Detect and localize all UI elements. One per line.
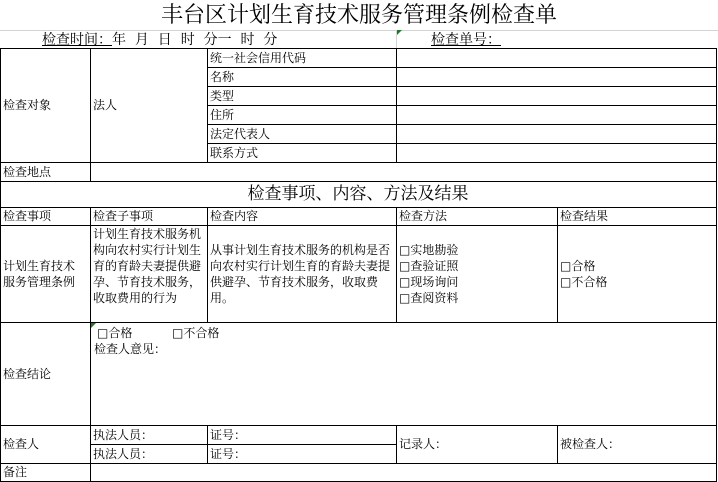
gridline xyxy=(90,444,396,445)
location-label: 检查地点 xyxy=(0,162,90,181)
time-fields[interactable]: 年 月 日 时 分一 时 分 xyxy=(112,32,277,48)
header-method: 检查方法 xyxy=(396,207,557,225)
recorder-label[interactable]: 记录人： xyxy=(396,425,557,463)
field-legal-rep-label: 法定代表人 xyxy=(207,124,396,143)
inspected-party-label[interactable]: 被检查人： xyxy=(557,425,716,463)
field-name-label: 名称 xyxy=(207,67,396,86)
inspectors-label: 检查人 xyxy=(0,425,90,463)
field-address-label: 住所 xyxy=(207,105,396,124)
conclusion-body: □合格 □不合格 检查人意见： xyxy=(90,322,716,425)
officer-1-label[interactable]: 执法人员： xyxy=(90,425,207,444)
header-item: 检查事项 xyxy=(0,207,90,225)
conclusion-label: 检查结论 xyxy=(0,322,90,425)
row-methods: □实地勘验 □查验证照 □现场询问 □查阅资料 xyxy=(396,225,557,322)
header-content: 检查内容 xyxy=(207,207,396,225)
remarks-label: 备注 xyxy=(0,463,90,481)
field-type-label: 类型 xyxy=(207,86,396,105)
field-contact-value[interactable] xyxy=(396,143,716,162)
gridline xyxy=(396,425,397,463)
gridline xyxy=(207,143,717,144)
gridline xyxy=(0,322,717,323)
cert-1-label[interactable]: 证号： xyxy=(207,425,396,444)
result-pass-checkbox[interactable]: □合格 xyxy=(560,258,607,274)
row-item-text: 计划生育技术服务管理条例 xyxy=(3,258,86,290)
inspection-object-type: 法人 xyxy=(90,48,207,162)
gridline xyxy=(207,124,717,125)
conclusion-pass-checkbox[interactable]: □合格 xyxy=(97,325,132,341)
gridline xyxy=(557,425,558,463)
gridline xyxy=(0,48,717,49)
row-content: 从事计划生育技术服务的机构是否向农村实行计划生育的育龄夫妻提供避孕、节育技术服务… xyxy=(207,225,396,322)
row-sub-item: 计划生育技术服务机构向农村实行计划生育的育龄夫妻提供避孕、节育技术服务，收取费用… xyxy=(90,225,207,322)
conclusion-fail-checkbox[interactable]: □不合格 xyxy=(172,325,219,341)
cell-comment-marker xyxy=(91,323,96,328)
gridline xyxy=(557,207,558,322)
gridline xyxy=(207,207,208,322)
gridline xyxy=(396,48,397,162)
inspector-opinion-label[interactable]: 检查人意见： xyxy=(93,341,716,357)
inspection-object-label: 检查对象 xyxy=(0,48,90,162)
gridline xyxy=(396,207,397,322)
field-name-value[interactable] xyxy=(396,67,716,86)
header-sub-item: 检查子事项 xyxy=(90,207,207,225)
document-title: 丰台区计划生育技术服务管理条例检查单 xyxy=(0,0,718,31)
row-item: 计划生育技术服务管理条例 xyxy=(0,225,90,322)
cert-2-label[interactable]: 证号： xyxy=(207,444,396,463)
row-sub-item-text: 计划生育技术服务机构向农村实行计划生育的育龄夫妻提供避孕、节育技术服务，收取费用… xyxy=(93,227,201,305)
gridline xyxy=(0,48,1,482)
row-results: □合格 □不合格 xyxy=(557,225,716,322)
cell-comment-marker xyxy=(397,30,402,35)
method-license-checkbox[interactable]: □查验证照 xyxy=(399,258,458,274)
gridline xyxy=(90,48,91,181)
row-content-text: 从事计划生育技术服务的机构是否向农村实行计划生育的育龄夫妻提供避孕、节育技术服务… xyxy=(210,242,392,306)
field-credit-code-label: 统一社会信用代码 xyxy=(207,48,396,67)
gridline xyxy=(0,425,717,426)
gridline xyxy=(207,86,717,87)
gridline xyxy=(207,425,208,463)
gridline xyxy=(0,225,717,226)
field-address-value[interactable] xyxy=(396,105,716,124)
time-label: 检查时间： xyxy=(42,32,112,48)
field-contact-label: 联系方式 xyxy=(207,143,396,162)
method-onsite-checkbox[interactable]: □实地勘验 xyxy=(399,242,458,258)
gridline xyxy=(0,207,717,208)
gridline xyxy=(0,463,717,464)
remarks-value[interactable] xyxy=(90,463,716,481)
field-type-value[interactable] xyxy=(396,86,716,105)
gridline xyxy=(207,105,717,106)
field-legal-rep-value[interactable] xyxy=(396,124,716,143)
location-value[interactable] xyxy=(90,162,716,181)
field-credit-code-value[interactable] xyxy=(396,48,716,67)
gridline xyxy=(0,181,717,182)
gridline xyxy=(207,67,717,68)
officer-2-label[interactable]: 执法人员： xyxy=(90,444,207,463)
inspection-number-label: 检查单号： xyxy=(431,30,501,50)
result-fail-checkbox[interactable]: □不合格 xyxy=(560,274,607,290)
method-records-checkbox[interactable]: □查阅资料 xyxy=(399,290,458,306)
gridline xyxy=(90,207,91,481)
header-line: 检查时间：年 月 日 时 分一 时 分 检查单号： xyxy=(0,30,718,48)
gridline xyxy=(207,48,208,162)
section-title: 检查事项、内容、方法及结果 xyxy=(0,181,716,207)
gridline xyxy=(0,162,717,163)
method-inquiry-checkbox[interactable]: □现场询问 xyxy=(399,274,458,290)
inspection-time: 检查时间：年 月 日 时 分一 时 分 xyxy=(42,30,277,50)
gridline xyxy=(716,48,717,482)
header-result: 检查结果 xyxy=(557,207,716,225)
